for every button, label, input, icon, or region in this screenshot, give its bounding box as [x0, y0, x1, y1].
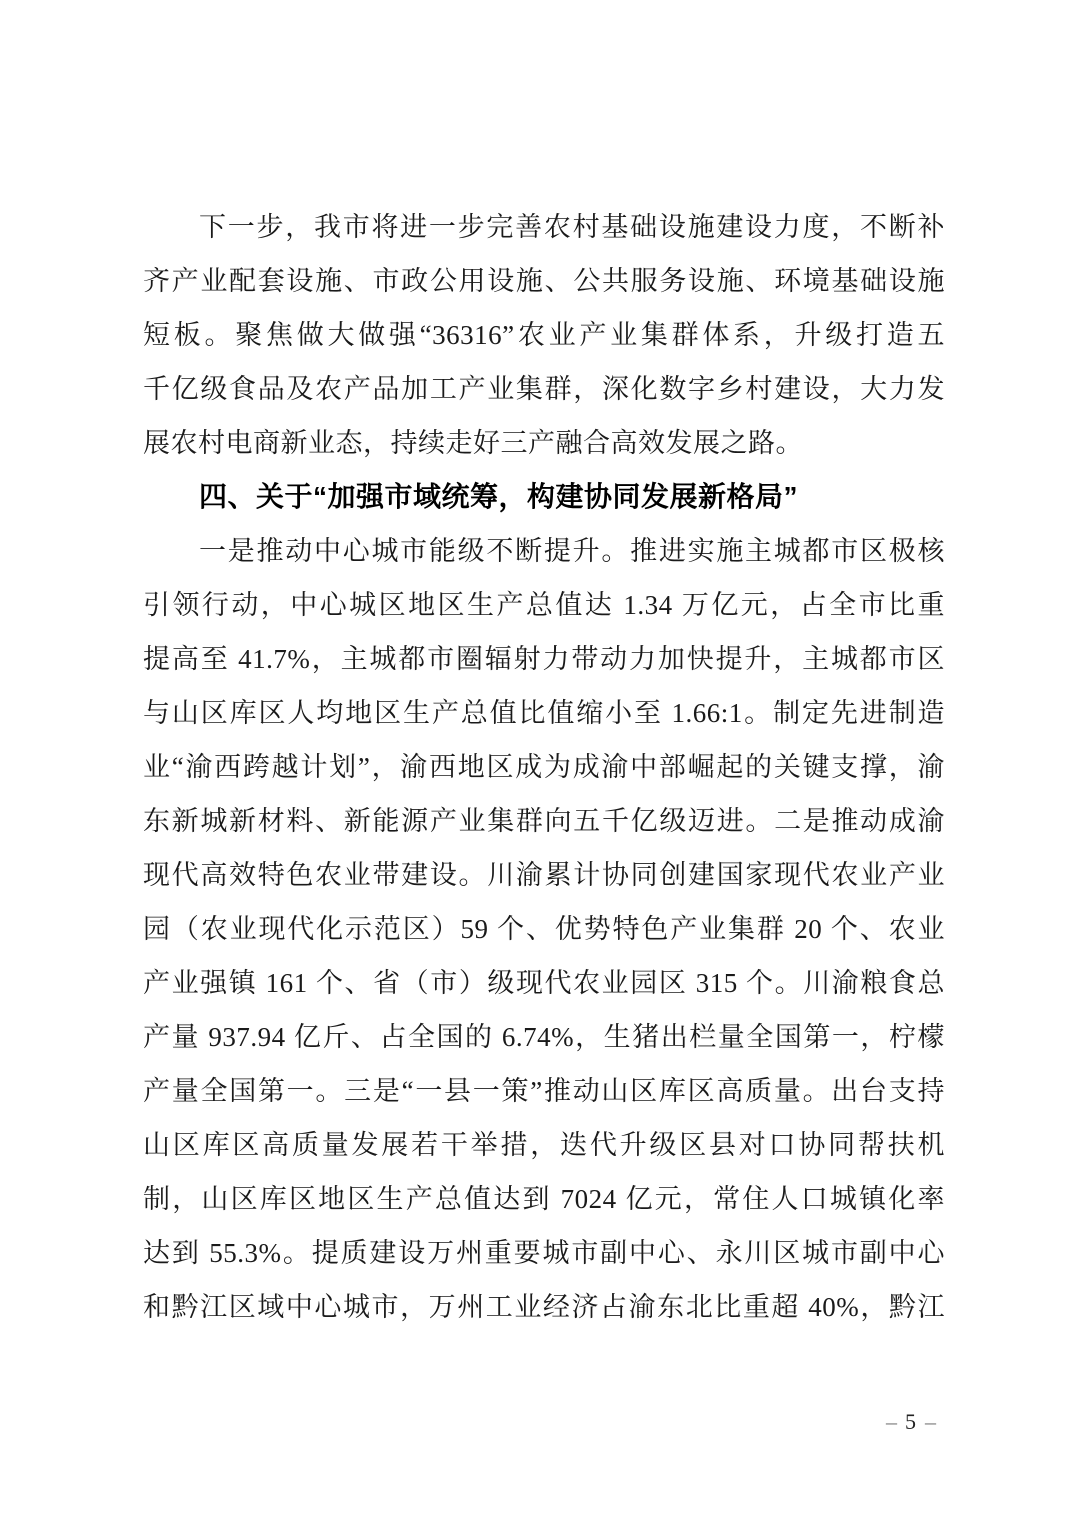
document-page: 下一步，我市将进一步完善农村基础设施建设力度，不断补 齐产业配套设施、市政公用设…	[0, 0, 1074, 1520]
body-text-line: 达到 55.3%。提质建设万州重要城市副中心、永川区城市副中心	[143, 1226, 945, 1280]
body-text-line: 业“渝西跨越计划”，渝西地区成为成渝中部崛起的关键支撑，渝	[143, 740, 945, 794]
body-text-line: 制，山区库区地区生产总值达到 7024 亿元，常住人口城镇化率	[143, 1172, 945, 1226]
body-text-line: 产量全国第一。三是“一县一策”推动山区库区高质量。出台支持	[143, 1064, 945, 1118]
page-number-dash-right: –	[917, 1409, 944, 1434]
body-text-line: 产业强镇 161 个、省（市）级现代农业园区 315 个。川渝粮食总	[143, 956, 945, 1010]
body-text-line: 提高至 41.7%，主城都市圈辐射力带动力加快提升，主城都市区	[143, 632, 945, 686]
body-text-line: 和黔江区域中心城市，万州工业经济占渝东北比重超 40%，黔江	[143, 1280, 945, 1334]
body-text-line: 齐产业配套设施、市政公用设施、公共服务设施、环境基础设施	[143, 254, 945, 308]
body-text-line: 引领行动，中心城区地区生产总值达 1.34 万亿元，占全市比重	[143, 578, 945, 632]
section-heading: 四、关于“加强市域统筹，构建协同发展新格局”	[143, 470, 945, 524]
body-text-line: 短板。聚焦做大做强“36316”农业产业集群体系，升级打造五	[143, 308, 945, 362]
page-number-value: 5	[905, 1409, 917, 1434]
body-text-line: 园（农业现代化示范区）59 个、优势特色产业集群 20 个、农业	[143, 902, 945, 956]
body-text-line: 东新城新材料、新能源产业集群向五千亿级迈进。二是推动成渝	[143, 794, 945, 848]
body-text-line: 一是推动中心城市能级不断提升。推进实施主城都市区极核	[143, 524, 945, 578]
body-text-line: 下一步，我市将进一步完善农村基础设施建设力度，不断补	[143, 200, 945, 254]
document-body: 下一步，我市将进一步完善农村基础设施建设力度，不断补 齐产业配套设施、市政公用设…	[143, 200, 945, 1334]
body-text-line: 与山区库区人均地区生产总值比值缩小至 1.66:1。制定先进制造	[143, 686, 945, 740]
page-number-dash-left: –	[878, 1409, 905, 1434]
page-number: –5–	[878, 1405, 944, 1439]
body-text-line: 千亿级食品及农产品加工产业集群，深化数字乡村建设，大力发	[143, 362, 945, 416]
body-text-line: 产量 937.94 亿斤、占全国的 6.74%，生猪出栏量全国第一，柠檬	[143, 1010, 945, 1064]
body-text-line: 展农村电商新业态，持续走好三产融合高效发展之路。	[143, 416, 945, 470]
body-text-line: 山区库区高质量发展若干举措，迭代升级区县对口协同帮扶机	[143, 1118, 945, 1172]
body-text-line: 现代高效特色农业带建设。川渝累计协同创建国家现代农业产业	[143, 848, 945, 902]
